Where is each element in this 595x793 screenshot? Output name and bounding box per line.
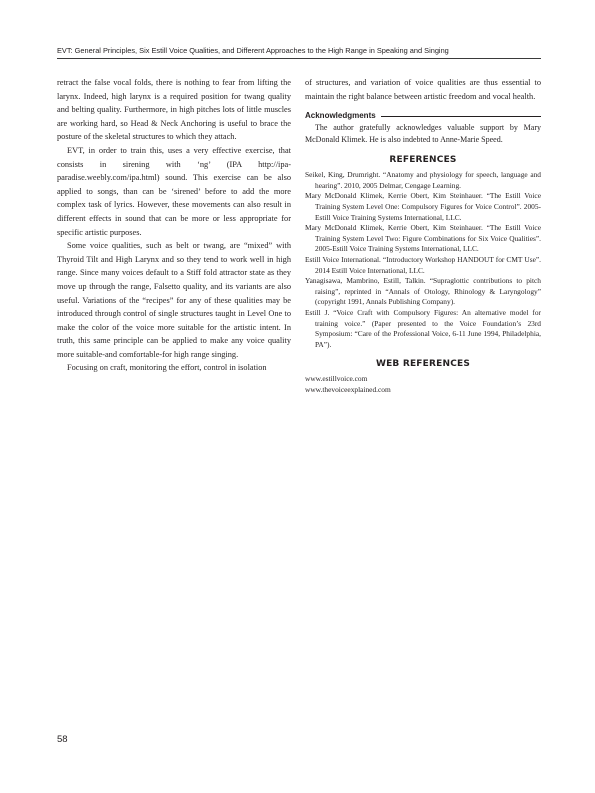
reference-item: Seikel, King, Drumright. “Anatomy and ph…: [305, 170, 541, 191]
left-column: retract the false vocal folds, there is …: [57, 76, 291, 375]
heading-rule: [381, 116, 541, 117]
reference-item: Mary McDonald Klimek, Kerrie Obert, Kim …: [305, 191, 541, 223]
body-paragraph: of structures, and variation of voice qu…: [305, 76, 541, 103]
right-column: of structures, and variation of voice qu…: [305, 76, 541, 395]
references-list: Seikel, King, Drumright. “Anatomy and ph…: [305, 170, 541, 350]
reference-item: Mary McDonald Klimek, Kerrie Obert, Kim …: [305, 223, 541, 255]
web-references-list: www.estillvoice.com www.thevoiceexplaine…: [305, 374, 541, 395]
web-reference-link[interactable]: www.estillvoice.com: [305, 374, 541, 385]
body-paragraph: EVT, in order to train this, uses a very…: [57, 144, 291, 239]
page-number: 58: [57, 734, 68, 745]
web-references-heading: WEB REFERENCES: [305, 359, 541, 370]
acknowledgments-heading: Acknowledgments: [305, 110, 541, 122]
reference-item: Estill Voice International. “Introductor…: [305, 255, 541, 276]
reference-item: Estill J. “Voice Craft with Compulsory F…: [305, 308, 541, 350]
acknowledgments-heading-text: Acknowledgments: [305, 110, 376, 122]
running-head: EVT: General Principles, Six Estill Voic…: [57, 46, 541, 59]
body-paragraph: Some voice qualities, such as belt or tw…: [57, 239, 291, 361]
body-paragraph: retract the false vocal folds, there is …: [57, 76, 291, 144]
body-paragraph: Focusing on craft, monitoring the effort…: [57, 361, 291, 375]
acknowledgments-text: The author gratefully acknowledges valua…: [305, 122, 541, 146]
web-reference-link[interactable]: www.thevoiceexplained.com: [305, 385, 541, 396]
references-heading: REFERENCES: [305, 155, 541, 166]
reference-item: Yanagisawa, Mambrino, Estill, Talkin. “S…: [305, 276, 541, 308]
